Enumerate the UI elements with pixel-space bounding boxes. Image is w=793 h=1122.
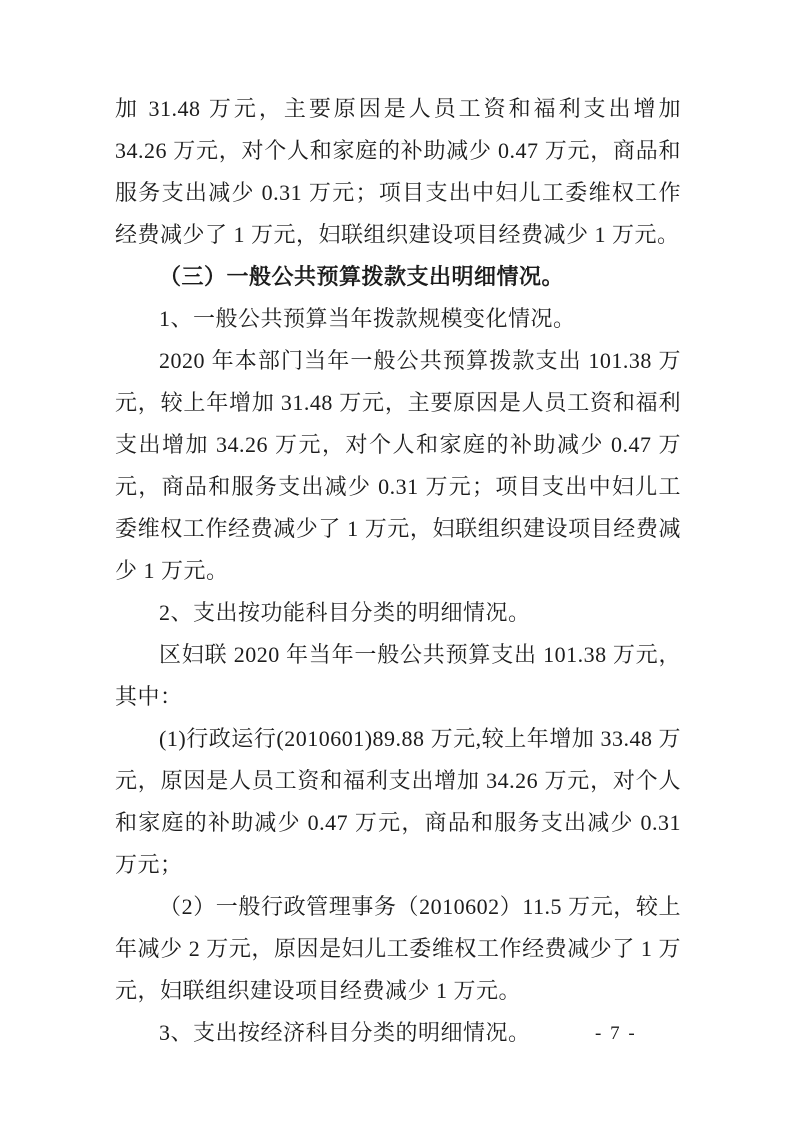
paragraph-budget-change: 2020 年本部门当年一般公共预算拨款支出 101.38 万元，较上年增加 31…	[115, 340, 681, 592]
section-heading: （三）一般公共预算拨款支出明细情况。	[115, 256, 681, 298]
numbered-item-1: 1、一般公共预算当年拨款规模变化情况。	[115, 298, 681, 340]
paragraph-subitem-2: （2）一般行政管理事务（2010602）11.5 万元，较上年减少 2 万元，原…	[115, 886, 681, 1012]
paragraph-subitem-1: (1)行政运行(2010601)89.88 万元,较上年增加 33.48 万元，…	[115, 718, 681, 886]
document-body: 加 31.48 万元，主要原因是人员工资和福利支出增加 34.26 万元，对个人…	[115, 88, 681, 1054]
document-page: 加 31.48 万元，主要原因是人员工资和福利支出增加 34.26 万元，对个人…	[0, 0, 793, 1122]
paragraph-total-expenditure: 区妇联 2020 年当年一般公共预算支出 101.38 万元，其中：	[115, 634, 681, 718]
page-footer: - 7 -	[595, 1022, 637, 1046]
numbered-item-2: 2、支出按功能科目分类的明细情况。	[115, 592, 681, 634]
page-number: - 7 -	[595, 1023, 637, 1044]
paragraph-continuation: 加 31.48 万元，主要原因是人员工资和福利支出增加 34.26 万元，对个人…	[115, 88, 681, 256]
